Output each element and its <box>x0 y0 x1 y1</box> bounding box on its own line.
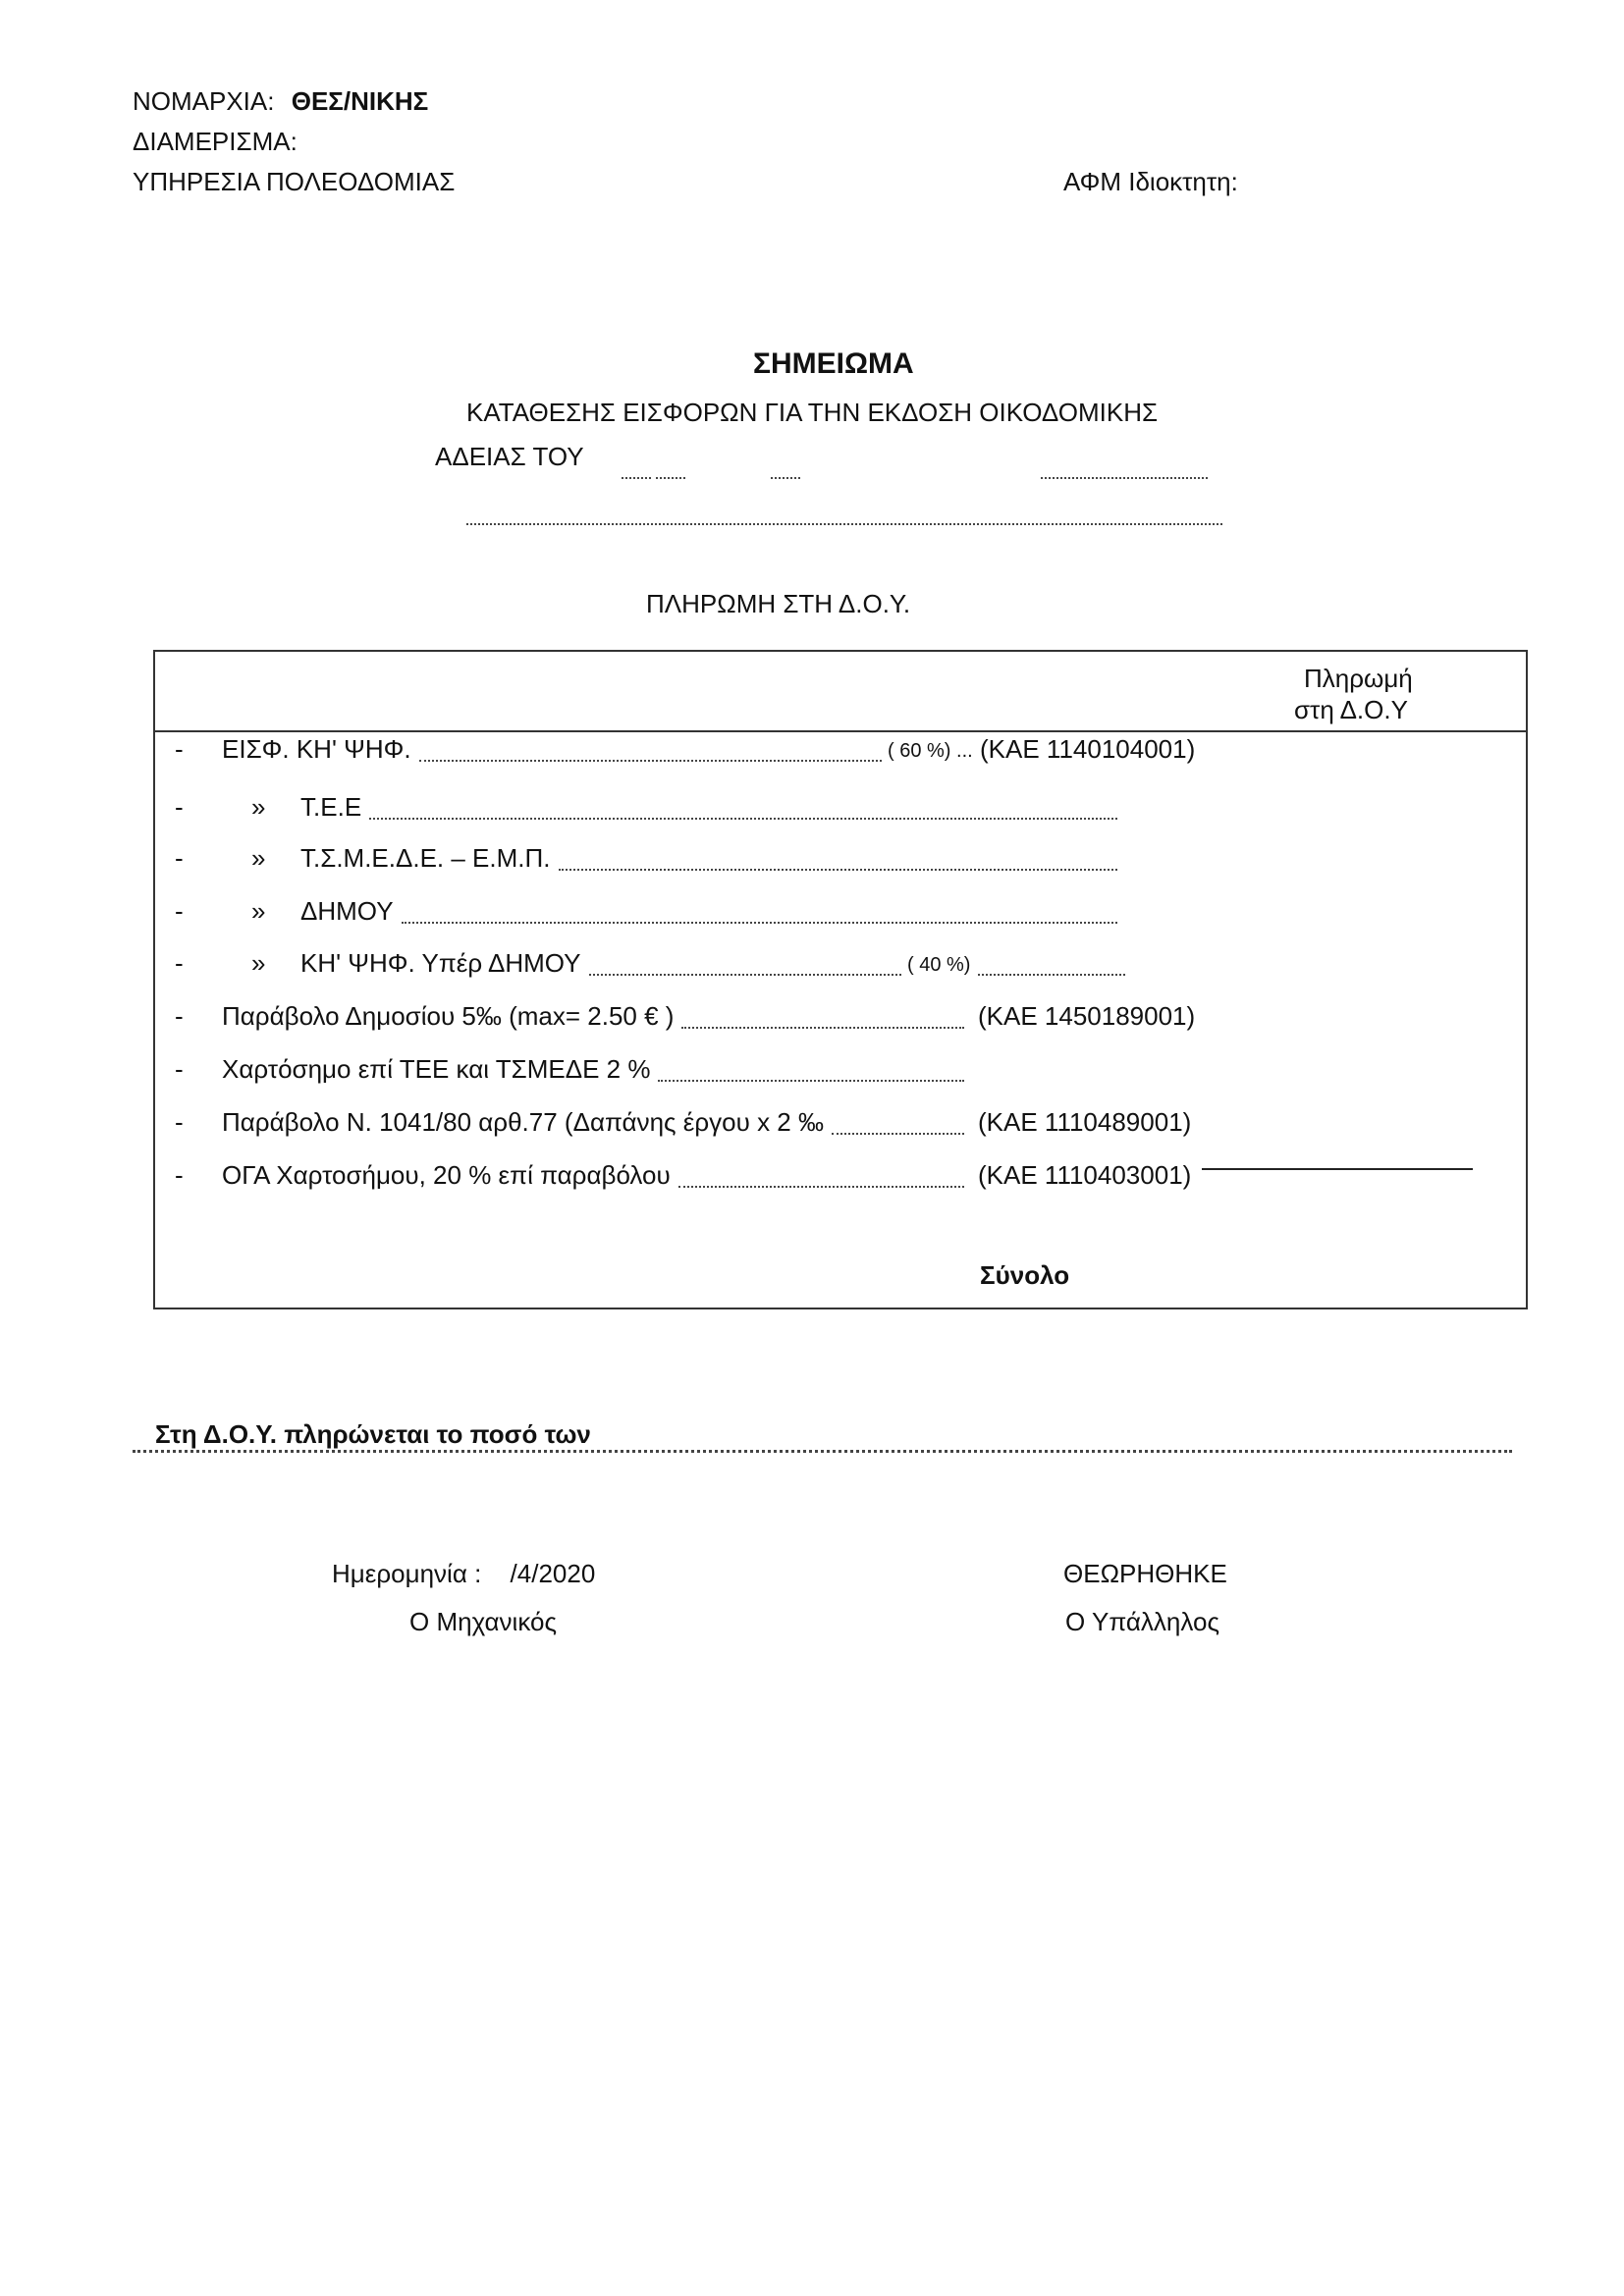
column-header-line2: στη Δ.Ο.Υ <box>1294 695 1408 725</box>
row-label: ΔΗΜΟΥ <box>300 896 394 927</box>
row-label: ΚΗ' ΨΗΦ. Υπέρ ΔΗΜΟΥ <box>300 948 581 979</box>
table-row: -Παράβολο Δημοσίου 5‰ (max= 2.50 € )(ΚΑΕ… <box>175 1001 1510 1035</box>
total-label: Σύνολο <box>980 1260 1069 1291</box>
row-bullet: - <box>175 1107 184 1138</box>
document-title: ΣΗΜΕΙΩΜΑ <box>753 347 914 381</box>
total-underline <box>1202 1168 1473 1170</box>
table-row: -ΟΓΑ Χαρτοσήμου, 20 % επί παραβόλου(ΚΑΕ … <box>175 1160 1510 1194</box>
row-label: ΕΙΣΦ. ΚΗ' ΨΗΦ. <box>222 734 411 765</box>
section-heading: ΠΛΗΡΩΜΗ ΣΤΗ Δ.Ο.Υ. <box>646 589 910 619</box>
ditto-mark: » <box>251 792 265 823</box>
dotted-leader <box>978 974 1125 976</box>
row-label: Παράβολο Δημοσίου 5‰ (max= 2.50 € ) <box>222 1001 674 1032</box>
budget-code: (ΚΑΕ 1110403001) <box>978 1160 1191 1191</box>
table-row: -»Τ.Ε.Ε <box>175 792 1510 826</box>
budget-code: (ΚΑΕ 1110489001) <box>978 1107 1191 1138</box>
row-bullet: - <box>175 1054 184 1085</box>
dotted-leader <box>681 1027 964 1029</box>
payment-statement: Στη Δ.Ο.Υ. πληρώνεται το ποσό των <box>155 1419 591 1450</box>
fill-line <box>622 477 651 479</box>
fill-line <box>656 477 685 479</box>
column-header-line1: Πληρωμή <box>1304 664 1413 694</box>
table-row: -Χαρτόσημο επί ΤΕΕ και ΤΣΜΕΔΕ 2 % <box>175 1054 1510 1088</box>
row-bullet: - <box>175 792 184 823</box>
row-bullet: - <box>175 896 184 927</box>
table-row: -»ΔΗΜΟΥ <box>175 896 1510 930</box>
employee-label: Ο Υπάλληλος <box>1065 1607 1219 1637</box>
fill-line <box>771 477 800 479</box>
row-bullet: - <box>175 948 184 979</box>
payment-table: Πληρωμή στη Δ.Ο.Υ -ΕΙΣΦ. ΚΗ' ΨΗΦ.( 60 %)… <box>153 650 1528 1309</box>
table-row: -»ΚΗ' ΨΗΦ. Υπέρ ΔΗΜΟΥ( 40 %) <box>175 948 1510 982</box>
date-value: /4/2020 <box>511 1559 596 1588</box>
engineer-label: Ο Μηχανικός <box>409 1607 557 1637</box>
fill-line <box>466 523 1222 525</box>
table-row: -ΕΙΣΦ. ΚΗ' ΨΗΦ.( 60 %) ...(ΚΑΕ 114010400… <box>175 734 1510 768</box>
dotted-leader <box>678 1186 964 1188</box>
row-bullet: - <box>175 843 184 874</box>
dotted-leader <box>658 1080 964 1082</box>
dotted-leader <box>589 974 901 976</box>
row-bullet: - <box>175 734 184 765</box>
document-subtitle-line2: ΑΔΕΙΑΣ ΤΟΥ <box>435 442 584 472</box>
district-label: ΔΙΑΜΕΡΙΣΜΑ: <box>133 127 298 157</box>
row-bullet: - <box>175 1160 184 1191</box>
approved-label: ΘΕΩΡΗΘΗΚΕ <box>1063 1559 1227 1589</box>
date-line: Ημερομηνία : /4/2020 <box>332 1559 595 1589</box>
ditto-mark: » <box>251 896 265 927</box>
document-subtitle-line1: ΚΑΤΑΘΕΣΗΣ ΕΙΣΦΟΡΩΝ ΓΙΑ ΤΗΝ ΕΚΔΟΣΗ ΟΙΚΟΔΟ… <box>466 398 1158 428</box>
budget-code: (ΚΑΕ 1450189001) <box>978 1001 1195 1032</box>
row-label: Χαρτόσημο επί ΤΕΕ και ΤΣΜΕΔΕ 2 % <box>222 1054 650 1085</box>
percentage: ( 40 %) <box>907 954 970 977</box>
owner-tax-id-label: ΑΦΜ Ιδιοκτητη: <box>1063 167 1238 197</box>
fill-line <box>1041 477 1208 479</box>
prefecture-value: ΘΕΣ/ΝΙΚΗΣ <box>292 86 429 116</box>
budget-code: (ΚΑΕ 1140104001) <box>980 734 1195 765</box>
row-label: Παράβολο Ν. 1041/80 αρθ.77 (Δαπάνης έργο… <box>222 1107 824 1138</box>
table-row: -»Τ.Σ.Μ.Ε.Δ.Ε. – Ε.Μ.Π. <box>175 843 1510 877</box>
ditto-mark: » <box>251 843 265 874</box>
dotted-leader <box>559 869 1117 871</box>
prefecture-label: ΝΟΜΑΡΧΙΑ: <box>133 86 274 116</box>
service-label: ΥΠΗΡΕΣΙΑ ΠΟΛΕΟΔΟΜΙΑΣ <box>133 167 455 197</box>
row-label: Τ.Ε.Ε <box>300 792 361 823</box>
row-bullet: - <box>175 1001 184 1032</box>
amount-fill-line <box>133 1450 1512 1453</box>
header-divider <box>155 730 1526 732</box>
row-label: ΟΓΑ Χαρτοσήμου, 20 % επί παραβόλου <box>222 1160 671 1191</box>
dotted-leader <box>369 818 1117 820</box>
table-row: -Παράβολο Ν. 1041/80 αρθ.77 (Δαπάνης έργ… <box>175 1107 1510 1141</box>
dotted-leader <box>419 760 882 762</box>
row-label: Τ.Σ.Μ.Ε.Δ.Ε. – Ε.Μ.Π. <box>300 843 551 874</box>
percentage: ( 60 %) ... <box>888 740 973 763</box>
dotted-leader <box>402 922 1117 924</box>
date-label: Ημερομηνία : <box>332 1559 481 1588</box>
dotted-leader <box>832 1133 964 1135</box>
ditto-mark: » <box>251 948 265 979</box>
prefecture-line: ΝΟΜΑΡΧΙΑ: ΘΕΣ/ΝΙΚΗΣ <box>133 86 428 117</box>
